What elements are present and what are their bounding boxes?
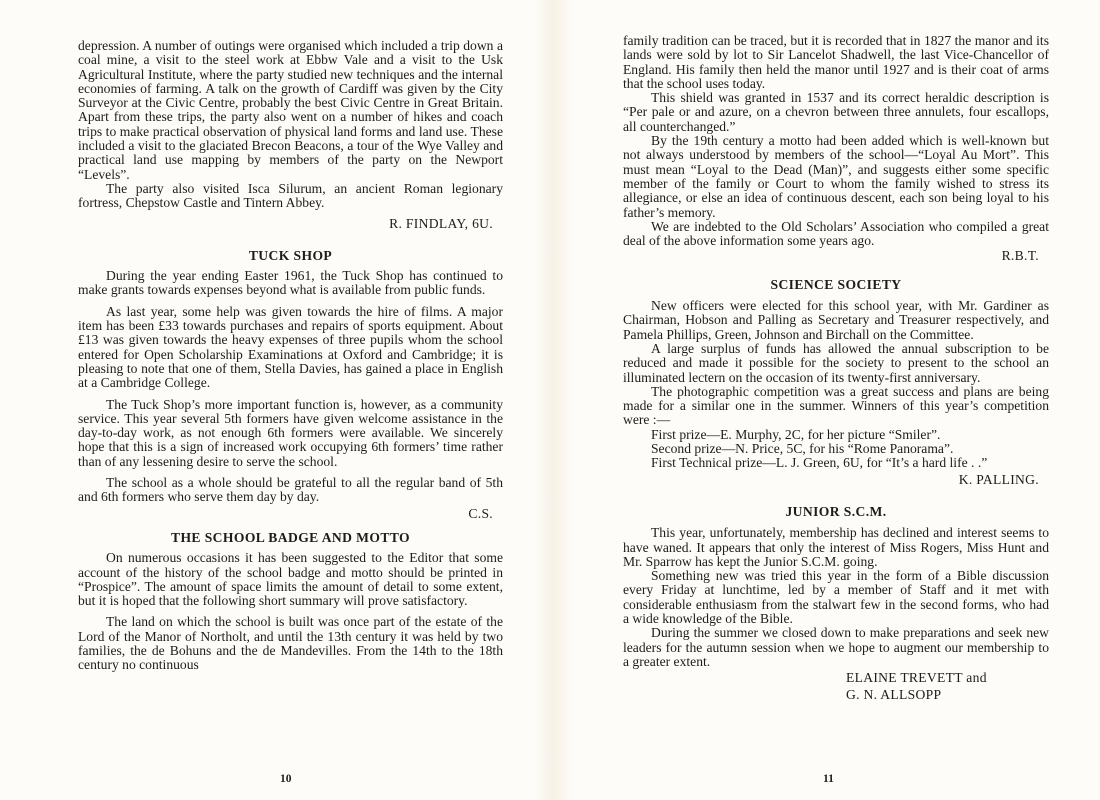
section-heading: SCIENCE SOCIETY [623, 278, 1049, 292]
prize-line: Second prize—N. Price, 5C, for his “Rome… [623, 442, 1049, 456]
paragraph: The land on which the school is built wa… [78, 615, 503, 672]
page-number: 11 [823, 773, 834, 785]
article-signature: R. FINDLAY, 6U. [78, 217, 503, 231]
paragraph: A large surplus of funds has allowed the… [623, 342, 1049, 385]
article-signature: ELAINE TREVETT and [623, 669, 1049, 686]
prize-line: First prize—E. Murphy, 2C, for her pictu… [623, 428, 1049, 442]
paragraph: The photographic competition was a great… [623, 385, 1049, 428]
magazine-spread: depression. A number of outings were org… [0, 0, 1100, 800]
paragraph: New officers were elected for this schoo… [623, 299, 1049, 342]
school-badge-article: THE SCHOOL BADGE AND MOTTO On numerous o… [78, 531, 503, 673]
article-signature: K. PALLING. [623, 473, 1049, 487]
paragraph: The school as a whole should be grateful… [78, 476, 503, 505]
science-society-article: SCIENCE SOCIETY New officers were electe… [623, 278, 1049, 487]
section-heading: THE SCHOOL BADGE AND MOTTO [78, 531, 503, 545]
right-page: family tradition can be traced, but it i… [623, 34, 1049, 703]
paragraph: This shield was granted in 1537 and its … [623, 91, 1049, 134]
junior-scm-article: JUNIOR S.C.M. This year, unfortunately, … [623, 505, 1049, 703]
page-number: 10 [280, 773, 292, 785]
paragraph: During the summer we closed down to make… [623, 626, 1049, 669]
paragraph: family tradition can be traced, but it i… [623, 34, 1049, 91]
paragraph: By the 19th century a motto had been add… [623, 134, 1049, 220]
article-signature: R.B.T. [623, 249, 1049, 263]
paragraph: The Tuck Shop’s more important function … [78, 398, 503, 469]
left-page: depression. A number of outings were org… [78, 39, 503, 673]
prize-line: First Technical prize—L. J. Green, 6U, f… [623, 456, 1049, 470]
paragraph: Something new was tried this year in the… [623, 569, 1049, 626]
paragraph: During the year ending Easter 1961, the … [78, 269, 503, 298]
article-signature: G. N. ALLSOPP [623, 686, 1049, 703]
tuck-shop-article: TUCK SHOP During the year ending Easter … [78, 249, 503, 521]
paragraph: As last year, some help was given toward… [78, 305, 503, 391]
paragraph: On numerous occasions it has been sugges… [78, 551, 503, 608]
paragraph: depression. A number of outings were org… [78, 39, 503, 182]
paragraph: The party also visited Isca Silurum, an … [78, 182, 503, 211]
paragraph: This year, unfortunately, membership has… [623, 526, 1049, 569]
paragraph: We are indebted to the Old Scholars’ Ass… [623, 220, 1049, 249]
school-badge-article-continued: family tradition can be traced, but it i… [623, 34, 1049, 264]
page-gutter [535, 0, 575, 800]
outings-article-end: depression. A number of outings were org… [78, 39, 503, 231]
article-signature: C.S. [78, 507, 503, 521]
section-heading: JUNIOR S.C.M. [623, 505, 1049, 519]
section-heading: TUCK SHOP [78, 249, 503, 263]
